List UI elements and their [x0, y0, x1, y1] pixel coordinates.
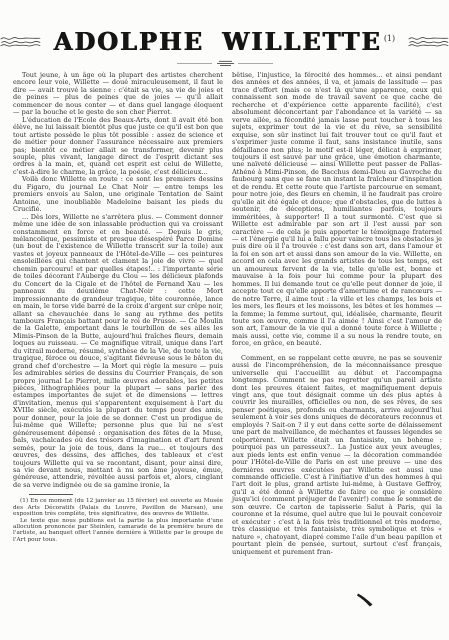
- ornament-squiggle-right-icon: [408, 35, 449, 49]
- paragraph-left-1: Tout jeune, à un âge où la plupart des a…: [13, 72, 223, 117]
- article-header: ADOLPHE WILLETTE(1): [0, 0, 449, 56]
- right-column: bêtise, l'injustice, la férocité des hom…: [232, 72, 442, 556]
- page-title: ADOLPHE WILLETTE(1): [54, 27, 395, 56]
- paragraph-right-2: Comment, en se rappelant cette œuvre, ne…: [232, 355, 442, 556]
- title-divider: [0, 58, 449, 68]
- left-column: Tout jeune, à un âge où la plupart des a…: [13, 72, 223, 556]
- footnote-1: (1) En ce moment (du 12 janvier au 15 fé…: [13, 498, 223, 517]
- footnote-2: Le texte que nous publions est la partie…: [13, 518, 223, 544]
- magazine-page: ADOLPHE WILLETTE(1) Tout jeune, à un âge…: [0, 0, 449, 640]
- footnote-reference: (1): [384, 34, 395, 43]
- article-body: Tout jeune, à un âge où la plupart des a…: [0, 68, 449, 556]
- paragraph-left-3: Voilà donc Willette en route : ce sont l…: [13, 176, 223, 213]
- title-divider-icon: [175, 58, 275, 68]
- page-title-text: ADOLPHE WILLETTE: [54, 27, 382, 56]
- footnote-rule: [29, 494, 73, 495]
- paragraph-left-4: ... Dès lors, Willette ne s'arrêtera plu…: [13, 214, 223, 490]
- ornament-squiggle-left-icon: [0, 35, 41, 49]
- paragraph-left-2: L'éducation de l'Ecole des Beaux-Arts, d…: [13, 117, 223, 177]
- footnote-block: (1) En ce moment (du 12 janvier au 15 fé…: [13, 494, 223, 543]
- pen-mark-icon: [356, 592, 376, 612]
- paragraph-right-1: bêtise, l'injustice, la férocité des hom…: [232, 72, 442, 348]
